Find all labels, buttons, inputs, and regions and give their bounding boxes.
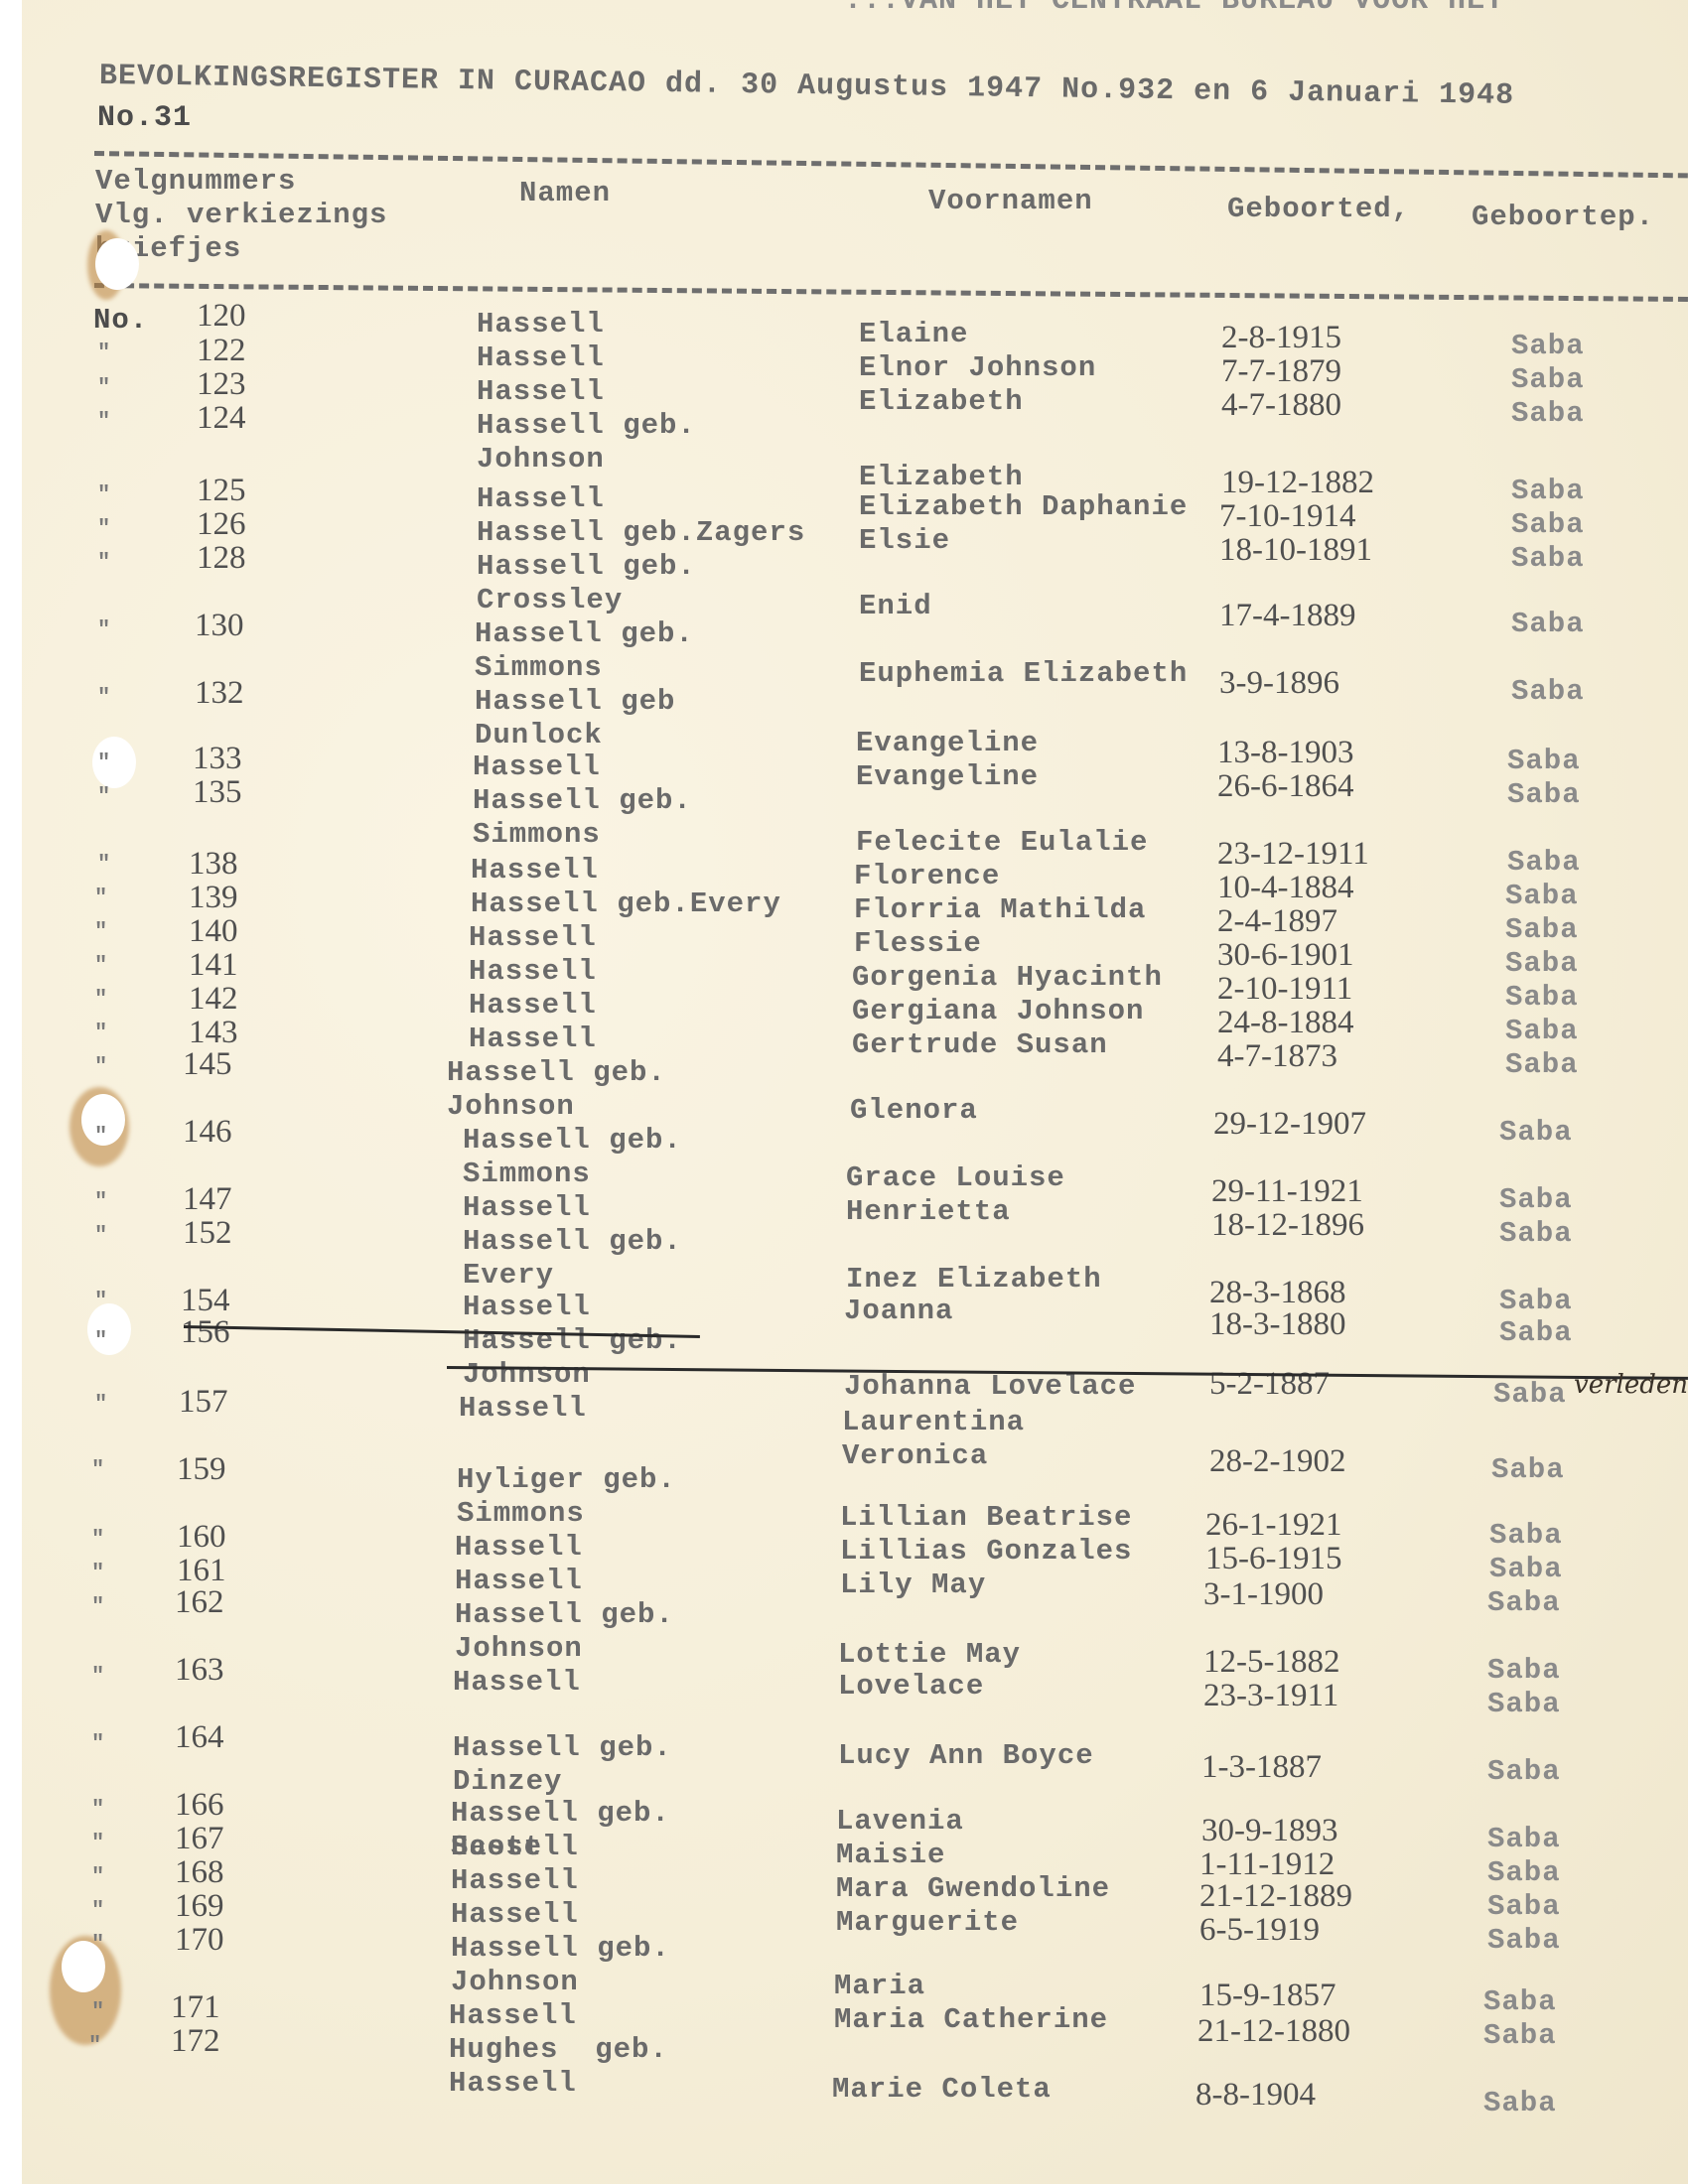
- row-birth-date: 26-6-1864: [1217, 770, 1353, 803]
- row-number: 140: [189, 915, 238, 948]
- row-name: Hassell: [449, 2001, 577, 2030]
- row-given-names: Veronica: [842, 1441, 988, 1470]
- row-name: Simmons: [457, 1499, 585, 1528]
- ditto-mark: ": [97, 411, 111, 433]
- row-number: 154: [181, 1285, 230, 1317]
- row-birth-place: Saba: [1511, 510, 1585, 539]
- row-birth-date: 13-8-1903: [1217, 737, 1353, 769]
- row-number: 133: [193, 743, 242, 775]
- row-given-names: Gorgenia Hyacinth: [852, 963, 1163, 992]
- row-name: Hassell: [455, 1567, 583, 1595]
- ditto-mark: ": [97, 342, 111, 364]
- row-name: Hassell: [455, 1533, 583, 1562]
- row-given-names: Johanna Lovelace: [844, 1372, 1136, 1401]
- row-number: 147: [183, 1183, 232, 1216]
- row-birth-place: Saba: [1511, 610, 1585, 638]
- ditto-mark: ": [94, 1126, 108, 1148]
- row-given-names: Elsie: [859, 526, 950, 555]
- row-name: Crossley: [477, 586, 623, 614]
- ditto-mark: ": [97, 518, 111, 540]
- row-birth-place: Saba: [1499, 1185, 1573, 1214]
- col-header-vlg-verkiezings: Vlg. verkiezings: [95, 201, 387, 229]
- ditto-mark: ": [94, 921, 108, 943]
- row-name: Every: [463, 1261, 554, 1290]
- row-given-names: Lottie May: [838, 1640, 1021, 1669]
- row-name: Hassell geb.: [477, 552, 696, 581]
- row-birth-date: 12-5-1882: [1203, 1646, 1339, 1679]
- row-given-names: Joanna: [844, 1297, 953, 1325]
- row-number: 161: [177, 1555, 226, 1587]
- row-given-names: Henrietta: [846, 1197, 1011, 1226]
- row-birth-place: Saba: [1493, 1380, 1567, 1409]
- row-name: Hassell geb.: [473, 786, 692, 815]
- row-number: 146: [183, 1116, 232, 1149]
- row-birth-place: Saba: [1487, 1656, 1561, 1685]
- row-birth-date: 28-3-1868: [1209, 1277, 1345, 1309]
- ditto-mark: ": [91, 1833, 105, 1854]
- ditto-mark: ": [91, 1733, 105, 1755]
- row-name: Hassell: [477, 377, 605, 406]
- row-name: Hassell: [473, 752, 601, 781]
- ditto-mark: ": [94, 887, 108, 909]
- row-name: Dinzey: [453, 1767, 562, 1796]
- row-number: 139: [189, 882, 238, 914]
- row-birth-place: Saba: [1505, 983, 1579, 1012]
- row-name: Hassell geb.: [447, 1058, 666, 1087]
- row-number: 172: [171, 2025, 220, 2058]
- row-birth-date: 3-1-1900: [1203, 1578, 1324, 1611]
- page-left-margin: [0, 0, 22, 2184]
- row-given-names: Evangeline: [856, 729, 1039, 757]
- ditto-mark: ": [97, 854, 111, 876]
- row-given-names: Lovelace: [838, 1672, 984, 1701]
- row-name: Hassell: [471, 856, 599, 885]
- row-birth-place: Saba: [1507, 848, 1581, 877]
- header-line-2: BEVOLKINGSREGISTER IN CURACAO dd. 30 Aug…: [99, 62, 1515, 111]
- row-given-names: Maisie: [836, 1841, 945, 1869]
- row-birth-place: Saba: [1505, 949, 1579, 978]
- row-given-names: Inez Elizabeth: [846, 1265, 1102, 1294]
- ditto-mark: ": [94, 989, 108, 1011]
- row-birth-place: Saba: [1511, 544, 1585, 573]
- row-number: 156: [181, 1316, 230, 1349]
- ditto-mark: ": [97, 552, 111, 574]
- row-given-names: Florria Mathilda: [854, 895, 1146, 924]
- row-birth-date: 18-10-1891: [1219, 534, 1372, 567]
- row-given-names: Grace Louise: [846, 1163, 1065, 1192]
- row-name: Hughes geb.: [449, 2035, 668, 2064]
- row-name: Hassell geb.Zagers: [477, 518, 805, 547]
- ditto-mark: ": [91, 1459, 105, 1481]
- row-birth-date: 29-11-1921: [1211, 1175, 1363, 1208]
- row-number: 122: [197, 335, 246, 367]
- col-header-velgnummers: Velgnummers: [95, 167, 296, 196]
- ditto-mark: ": [97, 619, 111, 641]
- ditto-mark: ": [94, 1225, 108, 1247]
- row-number: 166: [175, 1789, 224, 1822]
- row-given-names: Evangeline: [856, 762, 1039, 791]
- row-number: 124: [197, 402, 246, 435]
- row-number: 164: [175, 1721, 224, 1754]
- ditto-mark: ": [91, 1900, 105, 1922]
- row-birth-date: 1-3-1887: [1201, 1751, 1322, 1784]
- row-name: Simmons: [463, 1160, 591, 1188]
- row-given-names: Felecite Eulalie: [856, 828, 1148, 857]
- row-birth-place: Saba: [1499, 1318, 1573, 1347]
- ditto-mark: ": [94, 1291, 108, 1312]
- row-birth-date: 26-1-1921: [1205, 1509, 1341, 1542]
- row-birth-date: 7-10-1914: [1219, 500, 1355, 533]
- row-name: Hyliger geb.: [457, 1465, 676, 1494]
- row-birth-date: 2-10-1911: [1217, 973, 1352, 1006]
- ditto-mark: ": [94, 1330, 108, 1352]
- row-birth-date: 8-8-1904: [1196, 2079, 1316, 2112]
- ditto-mark: ": [94, 1056, 108, 1078]
- row-number: 162: [175, 1586, 224, 1619]
- row-birth-date: 15-9-1857: [1199, 1979, 1336, 2012]
- row-given-names: Maria Catherine: [834, 2005, 1108, 2034]
- row-name: Hassell: [477, 343, 605, 372]
- row-birth-date: 15-6-1915: [1205, 1543, 1341, 1575]
- header-line-1: ...VAN HET CENTRAAL BUREAU VOOR HET: [844, 0, 1504, 16]
- row-number: 132: [195, 677, 244, 710]
- row-given-names: Marie Coleta: [832, 2075, 1052, 2104]
- row-name: Hassell geb.Every: [471, 889, 781, 918]
- row-number: 138: [189, 848, 238, 881]
- row-name: Hassell: [469, 991, 597, 1020]
- row-birth-place: Saba: [1499, 1118, 1573, 1147]
- row-name: Hassell geb.: [455, 1600, 674, 1629]
- row-given-names: Lillias Gonzales: [840, 1537, 1132, 1566]
- header-rule-bottom: [94, 283, 1688, 302]
- row-birth-date: 23-3-1911: [1203, 1680, 1338, 1712]
- row-given-names: Laurentina: [842, 1408, 1025, 1436]
- row-given-names: Elaine: [859, 320, 968, 348]
- row-birth-place: Saba: [1483, 2021, 1557, 2050]
- row-number: 168: [175, 1856, 224, 1889]
- row-birth-date: 21-12-1880: [1197, 2015, 1350, 2048]
- row-birth-date: 2-4-1897: [1217, 905, 1337, 938]
- row-number: 125: [197, 475, 246, 507]
- ditto-mark: ": [97, 687, 111, 709]
- col-header-geboortedatum: Geboorted,: [1227, 195, 1410, 223]
- row-birth-date: 19-12-1882: [1221, 467, 1374, 499]
- ditto-mark: ": [94, 1023, 108, 1044]
- row-given-names: Lavenia: [836, 1807, 964, 1836]
- ditto-mark: ": [91, 1596, 105, 1618]
- row-birth-date: 10-4-1884: [1217, 872, 1353, 904]
- ditto-mark: ": [91, 1934, 105, 1956]
- row-number: 130: [195, 610, 244, 642]
- ditto-mark: ": [97, 484, 111, 506]
- row-number: 152: [183, 1217, 232, 1250]
- row-number: 120: [197, 300, 246, 333]
- row-birth-place: Saba: [1483, 1987, 1557, 2016]
- row-name: Hassell: [469, 923, 597, 952]
- ditto-mark: ": [94, 955, 108, 977]
- row-birth-place: Saba: [1487, 1858, 1561, 1887]
- row-birth-place: Saba: [1487, 1825, 1561, 1853]
- list-number: No.31: [97, 103, 192, 133]
- ditto-mark: ": [91, 1666, 105, 1688]
- row-birth-place: Saba: [1511, 477, 1585, 505]
- row-number: 160: [177, 1521, 226, 1554]
- row-birth-place: Saba: [1505, 1017, 1579, 1045]
- row-number: 167: [175, 1823, 224, 1855]
- row-name: Hassell: [469, 957, 597, 986]
- row-birth-date: 4-7-1880: [1221, 389, 1341, 422]
- row-given-names: Elnor Johnson: [859, 353, 1096, 382]
- row-birth-place: Saba: [1499, 1287, 1573, 1315]
- row-name: Hassell: [463, 1193, 591, 1222]
- ditto-mark: ": [91, 2001, 105, 2023]
- row-number: 123: [197, 368, 246, 401]
- row-name: Simmons: [475, 653, 603, 682]
- row-number: 157: [179, 1386, 228, 1419]
- row-name: Hassell: [477, 484, 605, 513]
- row-given-names: Lillian Beatrise: [840, 1503, 1132, 1532]
- row-birth-date: 18-3-1880: [1209, 1308, 1345, 1341]
- row-given-names: Flessie: [854, 929, 982, 958]
- row-birth-place: Saba: [1499, 1219, 1573, 1248]
- row-given-names: Euphemia Elizabeth: [859, 659, 1188, 688]
- row-given-names: Elizabeth: [859, 463, 1024, 491]
- row-name: Hassell geb.: [451, 1799, 670, 1828]
- row-number: 143: [189, 1017, 238, 1049]
- row-name: Hassell: [453, 1668, 581, 1697]
- row-birth-place: Saba: [1511, 332, 1585, 360]
- row-birth-place: Saba: [1487, 1690, 1561, 1718]
- row-given-names: Gergiana Johnson: [852, 997, 1144, 1025]
- row-birth-date: 18-12-1896: [1211, 1209, 1364, 1242]
- row-given-names: Lucy Ann Boyce: [838, 1741, 1094, 1770]
- row-name: Hassell: [463, 1293, 591, 1321]
- row-birth-place: Saba: [1507, 747, 1581, 775]
- row-name: Simmons: [473, 820, 601, 849]
- ditto-mark: ": [91, 1799, 105, 1821]
- row-name: Hassell geb.: [463, 1227, 682, 1256]
- ditto-mark: ": [97, 377, 111, 399]
- row-birth-date: 2-8-1915: [1221, 322, 1341, 354]
- row-given-names: Mara Gwendoline: [836, 1874, 1110, 1903]
- row-number: 170: [175, 1924, 224, 1957]
- ditto-mark: ": [94, 1394, 108, 1416]
- row-birth-date: 29-12-1907: [1213, 1108, 1366, 1141]
- row-given-names: Florence: [854, 862, 1000, 890]
- row-number: 141: [189, 949, 238, 982]
- row-given-names: Glenora: [850, 1096, 978, 1125]
- row-number: 135: [193, 776, 242, 809]
- ditto-mark: ": [91, 1529, 105, 1551]
- handwritten-note: verleden: [1574, 1370, 1688, 1400]
- row-birth-date: 21-12-1889: [1199, 1880, 1352, 1913]
- ditto-mark: ": [97, 786, 111, 808]
- row-name: Johnson: [477, 445, 605, 474]
- row-birth-place: Saba: [1505, 1050, 1579, 1079]
- row-name: Johnson: [463, 1360, 591, 1389]
- row-birth-date: 28-2-1902: [1209, 1445, 1345, 1478]
- row-name: Johnson: [451, 1968, 579, 1996]
- row-name: Johnson: [455, 1634, 583, 1663]
- row-number: 142: [189, 983, 238, 1016]
- header-rule-top: [94, 151, 1688, 178]
- row-name: Hassell: [477, 310, 605, 339]
- ditto-mark: ": [91, 1866, 105, 1888]
- row-birth-place: Saba: [1487, 1757, 1561, 1786]
- row-given-names: Maria: [834, 1972, 925, 2000]
- row-name: Hassell geb.: [453, 1733, 672, 1762]
- row-number: 145: [183, 1048, 232, 1081]
- row-birth-date: 17-4-1889: [1219, 600, 1355, 632]
- row-birth-date: 23-12-1911: [1217, 838, 1369, 871]
- row-name: Hassell geb.: [475, 619, 694, 648]
- row-name: Johnson: [447, 1092, 575, 1121]
- row-name: Hassell: [451, 1833, 579, 1861]
- row-birth-date: 3-9-1896: [1219, 667, 1339, 700]
- row-birth-place: Saba: [1489, 1555, 1563, 1583]
- row-birth-place: Saba: [1505, 915, 1579, 944]
- row-given-names: Elizabeth: [859, 387, 1024, 416]
- row-birth-place: Saba: [1487, 1926, 1561, 1955]
- row-given-names: Enid: [859, 592, 932, 620]
- row-given-names: Elizabeth Daphanie: [859, 492, 1188, 521]
- col-header-geboorteplaats: Geboortep.: [1472, 203, 1654, 231]
- punch-hole: [95, 238, 139, 290]
- row-given-names: Marguerite: [836, 1908, 1019, 1937]
- row-birth-date: 4-7-1873: [1217, 1040, 1337, 1073]
- row-birth-place: Saba: [1487, 1892, 1561, 1921]
- row-birth-date: 24-8-1884: [1217, 1007, 1353, 1039]
- row-number: 159: [177, 1453, 226, 1486]
- row-given-names: Lily May: [840, 1570, 986, 1599]
- row-name: Hassell: [451, 1866, 579, 1895]
- row-name: Hassell geb: [475, 687, 675, 716]
- row-number: 171: [171, 1991, 220, 2024]
- row-number: 128: [197, 542, 246, 575]
- row-birth-place: Saba: [1489, 1521, 1563, 1550]
- row-name: Hassell geb.: [477, 411, 696, 440]
- row-name: Hassell geb.: [463, 1126, 682, 1155]
- row-name: Hassell geb.: [451, 1934, 670, 1963]
- ditto-mark: ": [97, 752, 111, 774]
- row-birth-date: 7-7-1879: [1221, 355, 1341, 388]
- row-birth-place: Saba: [1505, 882, 1579, 910]
- row-name: Hassell: [469, 1024, 597, 1053]
- row-birth-date: 30-6-1901: [1217, 939, 1353, 972]
- row-birth-place: Saba: [1483, 2089, 1557, 2117]
- row-birth-place: Saba: [1507, 780, 1581, 809]
- row-birth-date: 1-11-1912: [1199, 1848, 1335, 1881]
- row-birth-place: Saba: [1487, 1588, 1561, 1617]
- row-name: Dunlock: [475, 721, 603, 750]
- row-number: 169: [175, 1890, 224, 1923]
- row-prefix: No.: [93, 306, 148, 335]
- col-header-namen: Namen: [519, 179, 611, 207]
- row-number: 126: [197, 508, 246, 541]
- row-birth-place: Saba: [1511, 399, 1585, 428]
- row-birth-date: 6-5-1919: [1199, 1914, 1320, 1947]
- row-birth-place: Saba: [1491, 1455, 1565, 1484]
- col-header-voornamen: Voornamen: [928, 187, 1093, 215]
- row-name: Hassell: [459, 1394, 587, 1423]
- ditto-mark: ": [91, 1563, 105, 1584]
- row-name: Hassell: [449, 2069, 577, 2098]
- ditto-mark: ": [88, 2035, 102, 2057]
- row-birth-place: Saba: [1511, 365, 1585, 394]
- ditto-mark: ": [94, 1191, 108, 1213]
- row-given-names: Gertrude Susan: [852, 1030, 1108, 1059]
- row-name: Hassell: [451, 1900, 579, 1929]
- row-number: 163: [175, 1654, 224, 1687]
- row-birth-place: Saba: [1511, 677, 1585, 706]
- row-birth-date: 30-9-1893: [1201, 1815, 1337, 1847]
